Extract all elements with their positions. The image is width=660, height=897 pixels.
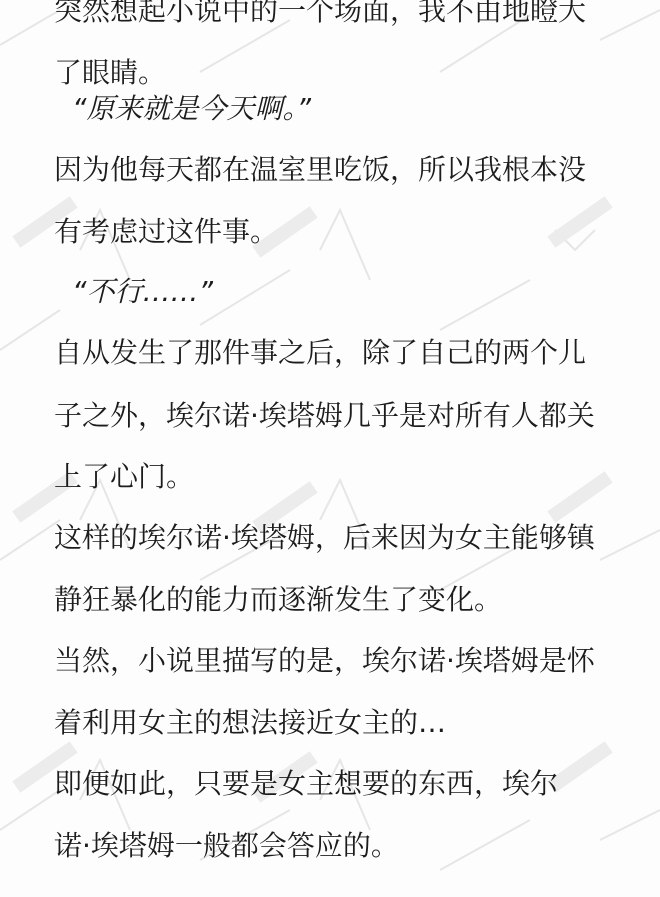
text-line-10: 当然，小说里描写的是，埃尔诺·埃塔姆是怀 [54, 644, 595, 678]
text-line-7: 上了心门。 [54, 460, 194, 494]
dialogue-line-1: “原来就是今天啊。” [72, 92, 311, 126]
watermark-pattern-icon [0, 0, 660, 897]
dialogue-line-2: “不行……” [72, 275, 213, 309]
text-line-13: 诺·埃塔姆一般都会答应的。 [54, 829, 399, 863]
text-line-1: 突然想起小说中的一个场面，我不由地瞪大 [54, 0, 586, 28]
text-line-2: 了眼睛。 [54, 56, 166, 90]
text-line-3: 因为他每天都在温室里吃饭，所以我根本没 [54, 153, 586, 187]
text-line-12: 即便如此，只要是女主想要的东西，埃尔 [54, 767, 558, 801]
comic-text-page: 突然想起小说中的一个场面，我不由地瞪大 了眼睛。 “原来就是今天啊。” 因为他每… [0, 0, 660, 897]
text-line-4: 有考虑过这件事。 [54, 215, 278, 249]
text-line-5: 自从发生了那件事之后，除了自己的两个儿 [54, 336, 586, 370]
text-line-9: 静狂暴化的能力而逐渐发生了变化。 [54, 583, 502, 617]
text-line-6: 子之外，埃尔诺·埃塔姆几乎是对所有人都关 [54, 399, 595, 433]
text-line-8: 这样的埃尔诺·埃塔姆，后来因为女主能够镇 [54, 521, 595, 555]
text-line-11: 着利用女主的想法接近女主的… [54, 706, 446, 740]
